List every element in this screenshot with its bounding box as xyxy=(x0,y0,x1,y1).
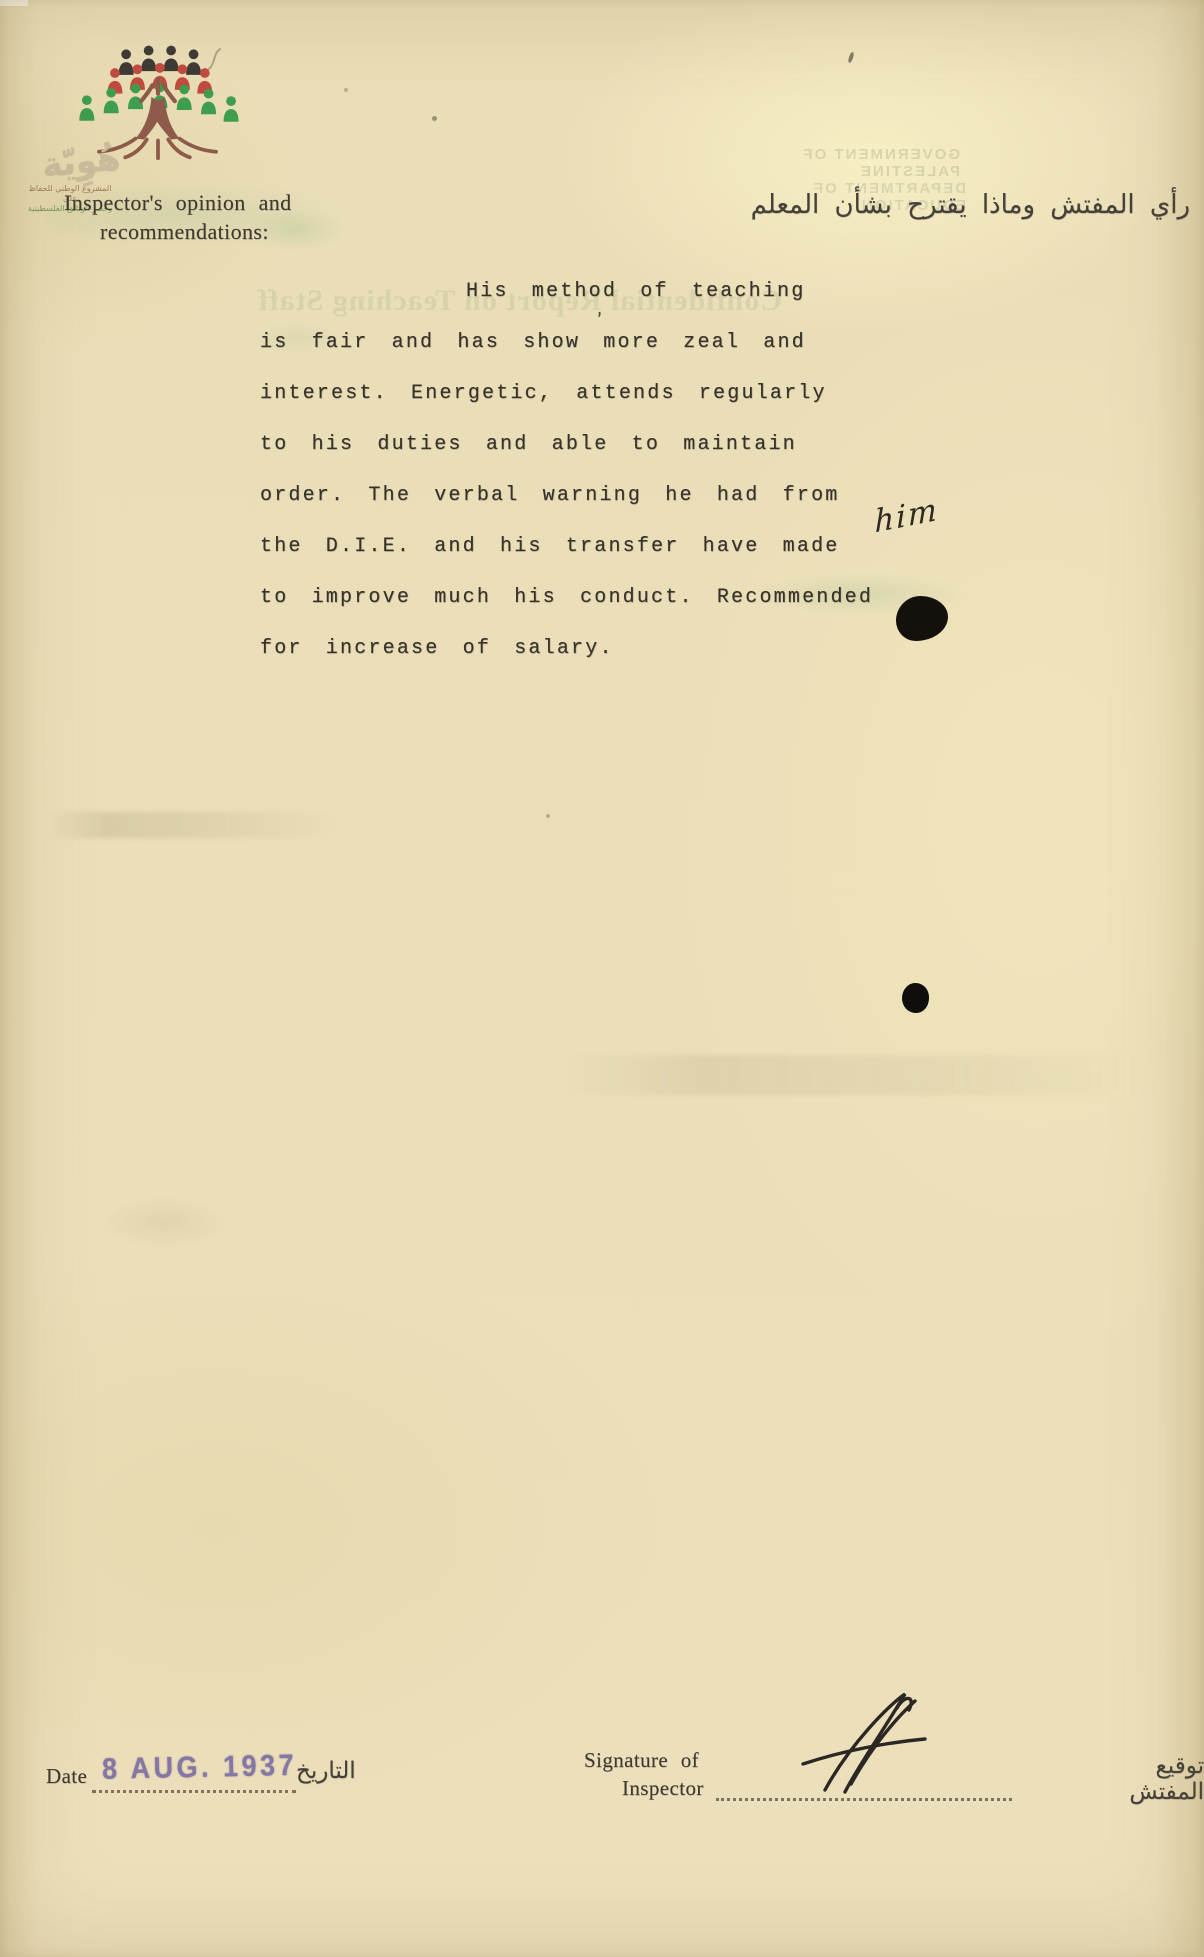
body-line-2: is fair and has show more zeal and xyxy=(260,317,980,368)
scanned-document-page: GOVERNMENT OF PALESTINE DEPARTMENT OF ED… xyxy=(0,0,1204,1957)
typewritten-remarks: His method of teaching is fair and has s… xyxy=(260,266,980,674)
body-line-7: to improve much his conduct. Recommended xyxy=(260,572,980,623)
inspector-opinion-label-line1: Inspector's opinion and xyxy=(64,190,292,216)
logo-calligraphy: هُوِيّة xyxy=(40,138,122,186)
inspector-opinion-label-line2: recommendations: xyxy=(100,219,269,245)
date-stamp: 8 AUG. 1937 xyxy=(102,1748,298,1786)
date-arabic-label: التاريخ xyxy=(296,1758,356,1784)
signature-of-label: Signature of xyxy=(584,1748,699,1773)
bleedthrough-government-line: GOVERNMENT OF PALESTINE xyxy=(698,146,960,180)
body-line-4: to his duties and able to maintain xyxy=(260,419,980,470)
ink-speck xyxy=(546,814,550,818)
arabic-section-title: رأي المفتش وماذا يقترح بشأن المعلم xyxy=(751,190,1190,220)
ink-speck xyxy=(432,116,437,121)
ink-speck xyxy=(847,52,854,64)
inspector-signature-scrawl xyxy=(795,1686,935,1801)
body-line-1: His method of teaching xyxy=(260,266,980,317)
body-line-8: for increase of salary. xyxy=(260,623,980,674)
date-label: Date xyxy=(46,1764,87,1789)
ink-blot-small xyxy=(902,983,929,1013)
signature-arabic-label: توقيع المفتش xyxy=(1080,1753,1204,1805)
scan-edge-artifact xyxy=(0,0,28,6)
ink-smudge xyxy=(560,1055,1140,1095)
ink-smudge xyxy=(100,1195,230,1250)
ink-smudge xyxy=(48,812,340,838)
ink-speck xyxy=(344,88,348,92)
body-line-3: interest. Energetic, attends regularly xyxy=(260,368,980,419)
body-line-6: the D.I.E. and his transfer have made xyxy=(260,521,980,572)
body-line-5: order. The verbal warning he had from xyxy=(260,470,980,521)
pencil-squiggle-mark xyxy=(206,46,224,72)
inspector-label: Inspector xyxy=(622,1776,704,1801)
